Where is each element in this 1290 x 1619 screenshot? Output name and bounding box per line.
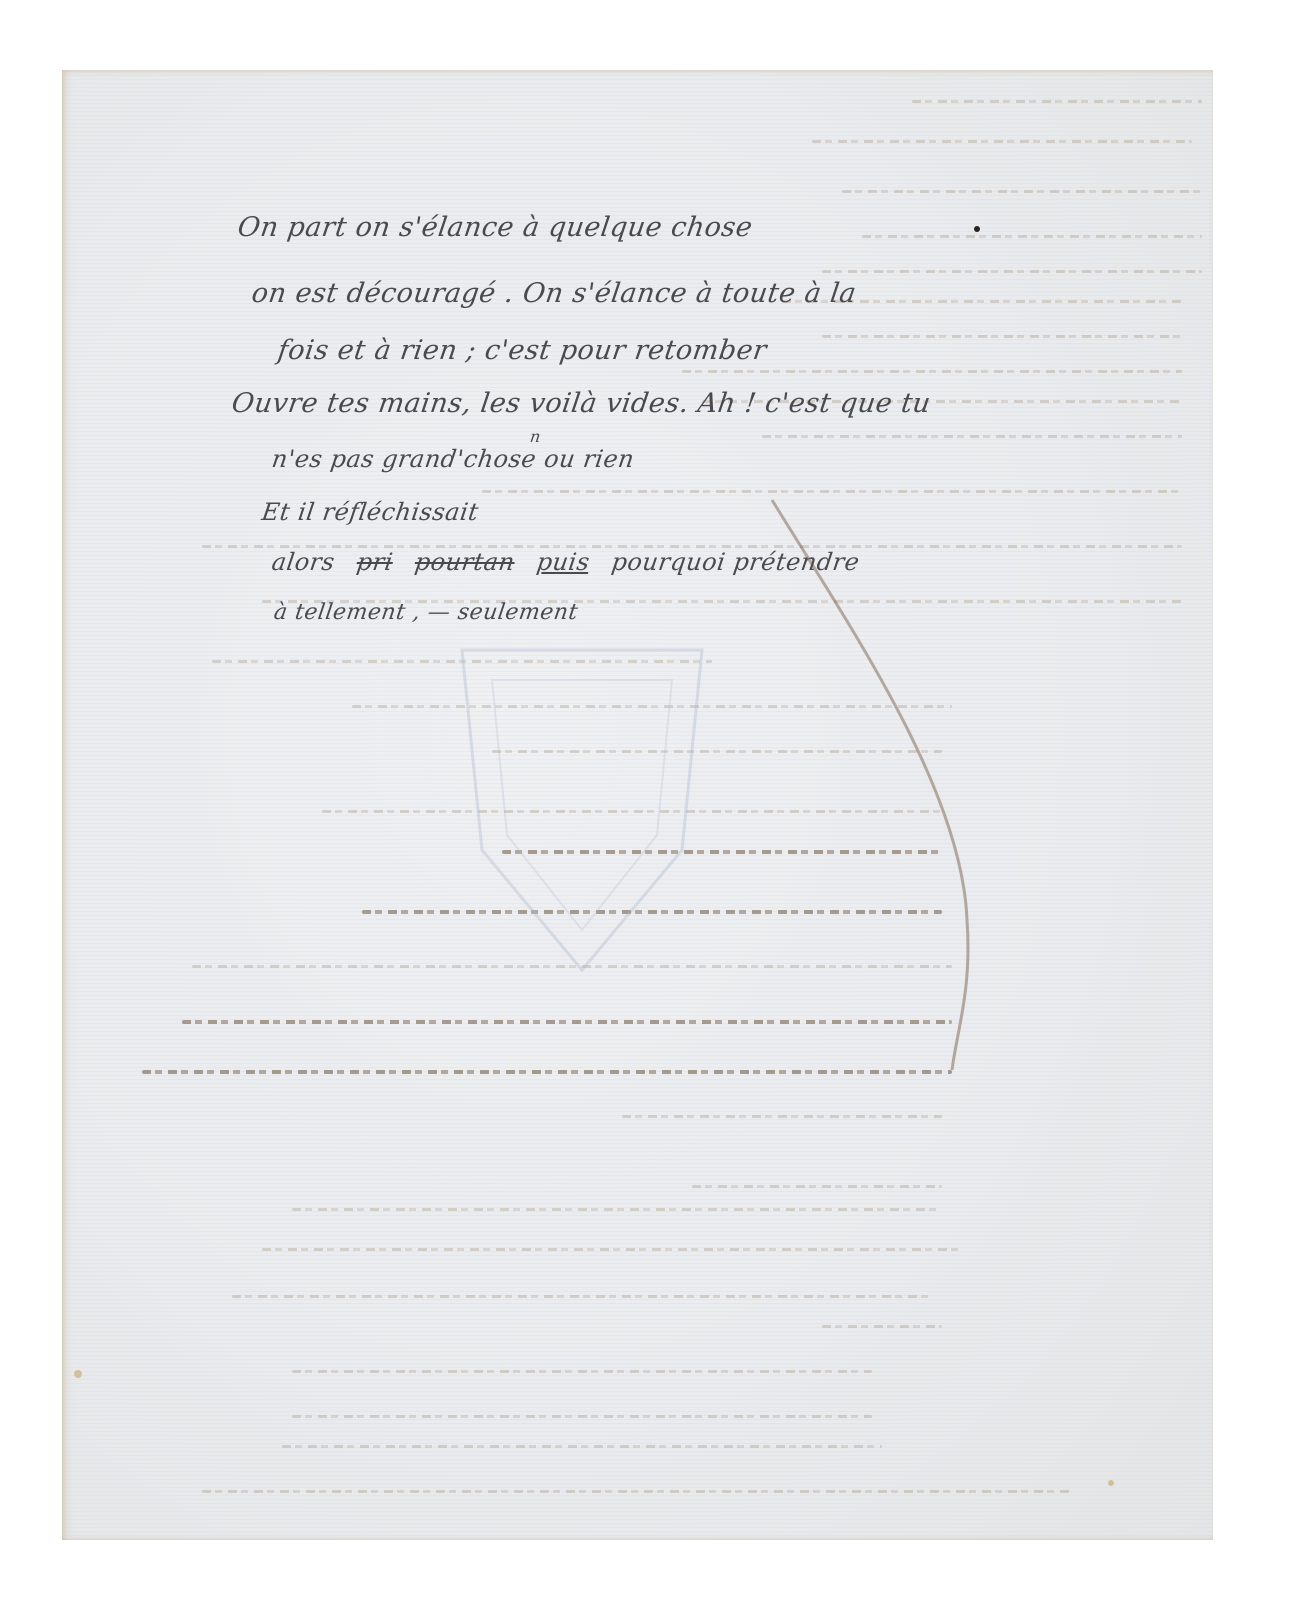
line-7-tail: pourquoi prétendre (610, 548, 862, 576)
manuscript-line-1: On part on s'élance à quelque chose (236, 212, 755, 243)
manuscript-line-5: n'es pas grand'chose ou rien n (270, 445, 636, 473)
line-5-text: n'es pas grand'chose ou rien (270, 445, 636, 473)
struck-word-1: pri (355, 548, 395, 576)
manuscript-line-8: à tellement , — seulement (272, 600, 579, 625)
manuscript-line-3: fois et à rien ; c'est pour retomber (276, 335, 769, 366)
line-7-lead: alors (270, 548, 337, 576)
handwritten-text-block: On part on s'élance à quelque chose on e… (62, 70, 1213, 1540)
struck-word-3: puis (535, 548, 592, 576)
manuscript-page: On part on s'élance à quelque chose on e… (62, 70, 1213, 1540)
line-5-superscript: n (529, 427, 542, 446)
manuscript-line-4: Ouvre tes mains, les voilà vides. Ah ! c… (230, 388, 933, 419)
manuscript-line-2: on est découragé . On s'élance à toute à… (250, 278, 859, 309)
manuscript-line-6: Et il réfléchissait (260, 498, 480, 526)
manuscript-line-7: alors pri pourtan puis pourquoi prétendr… (270, 548, 861, 576)
struck-word-2: pourtan (413, 548, 517, 576)
